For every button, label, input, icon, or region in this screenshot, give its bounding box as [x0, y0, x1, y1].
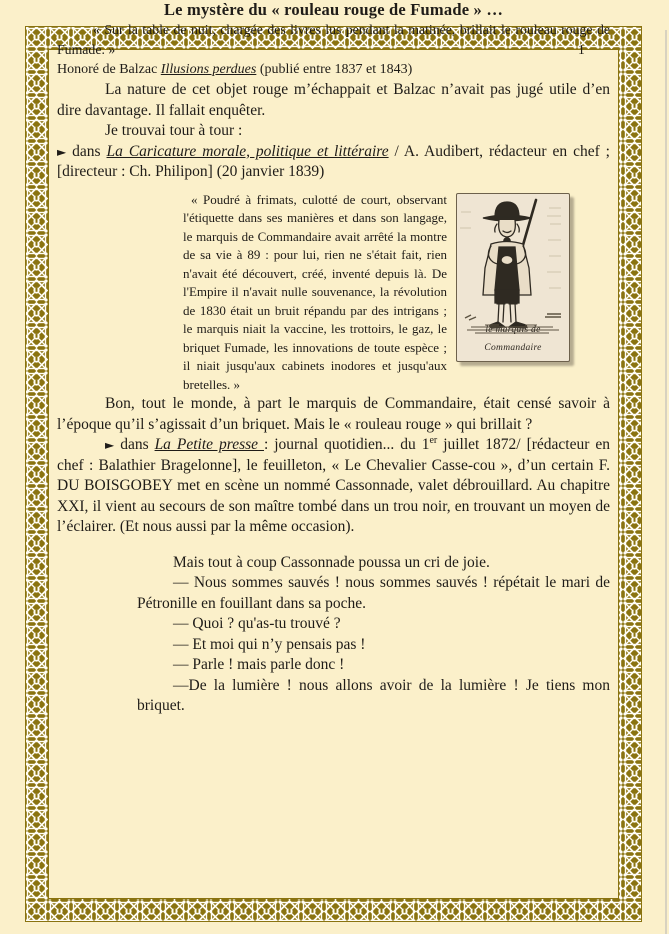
document-content: Le mystère du « rouleau rouge de Fumade …: [57, 0, 610, 717]
epigraph-attribution: Honoré de Balzac Illusions perdues (publ…: [57, 60, 610, 80]
found-in-turn-line: Je trouvai tour à tour :: [57, 121, 610, 142]
source-caricature-paragraph: ► dans La Caricature morale, politique e…: [57, 142, 610, 183]
work-title-la-caricature: La Caricature morale, politique et litté…: [107, 143, 389, 160]
triangle-bullet-icon: ►: [105, 438, 114, 452]
feuilleton-dialogue: Mais tout à coup Cassonnade poussa un cr…: [137, 553, 610, 717]
commentary-paragraph: Bon, tout le monde, à part le marquis de…: [57, 394, 610, 435]
dialogue-line: —De la lumière ! nous allons avoir de la…: [137, 676, 610, 717]
dialogue-line: — Quoi ? qu'as-tu trouvé ?: [137, 614, 610, 635]
work-title-la-petite-presse: La Petite presse: [155, 436, 264, 453]
illustration-caption: le marquis de Commandaire: [457, 321, 569, 358]
scan-page-edge-line: [665, 30, 667, 934]
marquis-illustration: le marquis de Commandaire: [456, 193, 570, 362]
dialogue-line: — Nous sommes sauvés ! nous sommes sauvé…: [137, 573, 610, 614]
document-title: Le mystère du « rouleau rouge de Fumade …: [57, 0, 610, 20]
triangle-bullet-icon: ►: [57, 145, 66, 159]
intro-paragraph: La nature de cet objet rouge m’échappait…: [57, 80, 610, 121]
dialogue-line: Mais tout à coup Cassonnade poussa un cr…: [137, 553, 610, 574]
marquis-figure-drawing: [457, 194, 567, 338]
document-page: { "page": { "number": "1", "title": "Le …: [0, 0, 669, 934]
source-petite-presse-paragraph: ► dans La Petite presse : journal quotid…: [57, 435, 610, 538]
dialogue-line: — Parle ! mais parle donc !: [137, 655, 610, 676]
work-title-illusions-perdues: Illusions perdues: [161, 62, 257, 77]
attribution-dates: (publié entre 1837 et 1843): [256, 62, 412, 77]
dialogue-line: — Et moi qui n’y pensais pas !: [137, 635, 610, 656]
source2-mid: : journal quotidien... du 1: [264, 436, 429, 453]
source2-pre: dans: [114, 436, 154, 453]
source1-pre: dans: [66, 143, 106, 160]
balzac-epigraph: « Sur la table de nuit, chargée des livr…: [57, 20, 610, 60]
attribution-author: Honoré de Balzac: [57, 62, 161, 77]
caricature-quote-block: le marquis de Commandaire « Poudré à fri…: [183, 191, 570, 395]
